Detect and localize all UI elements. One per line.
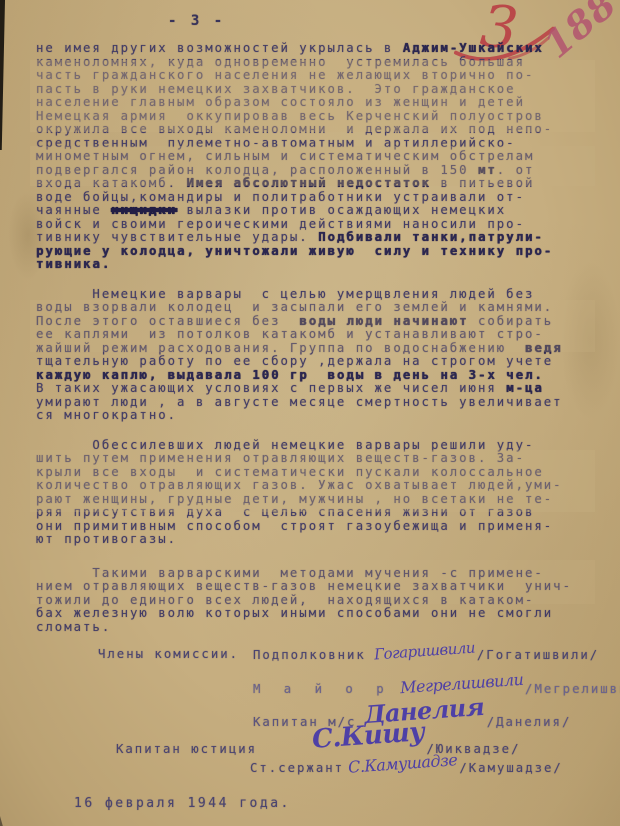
rank-label: Ст.сержант (250, 761, 344, 775)
commission-row: Ст.сержантС.Камушадзе/Камушадзе/ (250, 757, 563, 776)
document-date: 16 февраля 1944 года. (74, 796, 291, 811)
body-paragraph-4: Такими варварскими методами мучения -с п… (36, 567, 596, 635)
commission-row: ПодполковникГогаришвили/Гогатишвили/ (253, 645, 599, 663)
scan-edge-artifact (0, 816, 14, 826)
handwritten-signature: С.Кишу (311, 717, 425, 755)
body-paragraph-2: Немецкие варвары с целью умерщвления люд… (36, 288, 596, 423)
signee-name: /Данелия/ (487, 715, 572, 729)
signee-name: /Камушадзе/ (459, 761, 562, 775)
document-body-text: не имея других возможностей укрылась в А… (36, 42, 596, 650)
signee-name: /Гогатишвили/ (477, 648, 599, 662)
rank-label: Подполковник (253, 648, 366, 662)
scan-edge-artifact (0, 0, 5, 150)
page-number: - 3 - (168, 13, 225, 29)
body-paragraph-3: Обессилевших людей немецкие варвары реши… (36, 439, 596, 547)
commission-signature-block: Члены комиссии. ПодполковникГогаришвили/… (36, 642, 608, 787)
document-page: - 3 - 3 188 не имея других возможностей … (0, 0, 620, 826)
body-paragraph-1: не имея других возможностей укрылась в А… (36, 42, 596, 272)
commission-row: Капитан юстицияС.Кишу/Юиквадзе/ (116, 730, 520, 760)
signee-name: /Мегрелишвили/ (525, 682, 620, 696)
commission-members-label: Члены комиссии. (98, 647, 239, 661)
rank-label: М а й о р (253, 682, 392, 696)
handwritten-signature: Гогаришвили (373, 638, 475, 663)
rank-label: Капитан юстиция (116, 742, 257, 756)
